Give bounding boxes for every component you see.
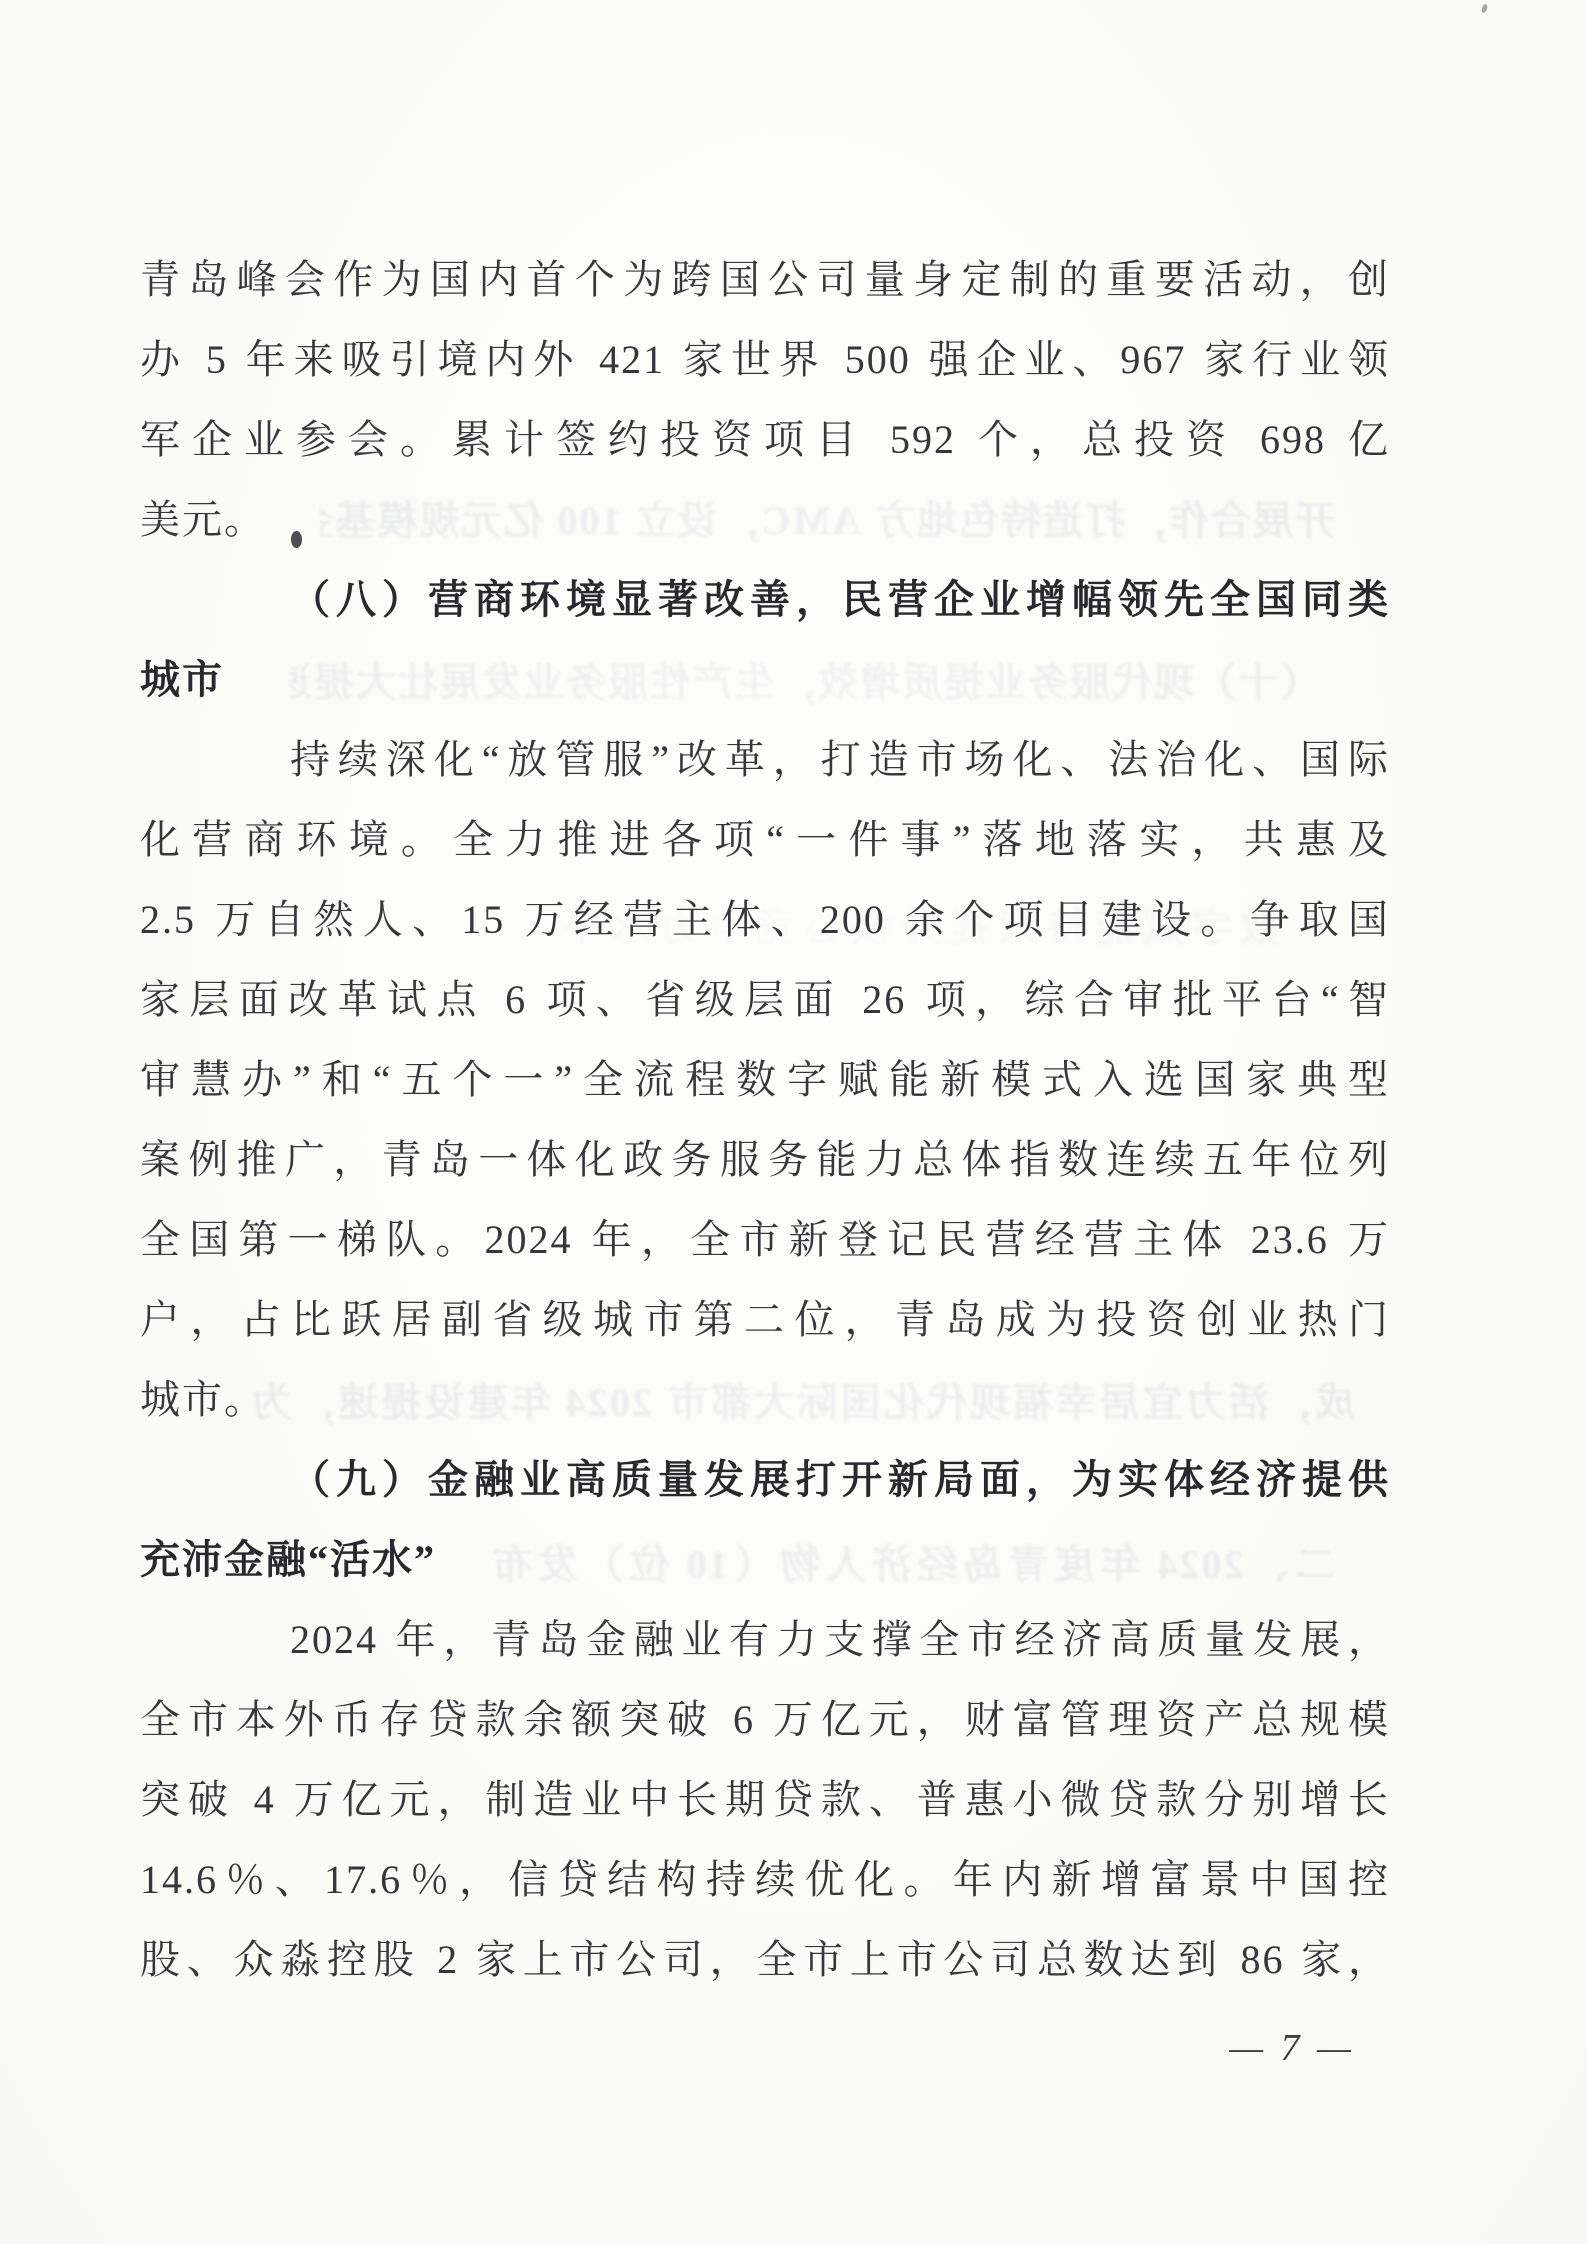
heading-line: 城市	[140, 640, 1390, 720]
text-line: 14.6％、17.6％，信贷结构持续优化。年内新增富景中国控	[140, 1840, 1390, 1920]
heading-line: 充沛金融“活水”	[140, 1520, 1390, 1600]
text-line: 突破 4 万亿元，制造业中长期贷款、普惠小微贷款分别增长	[140, 1760, 1390, 1840]
page-number: — 7 —	[1192, 2026, 1392, 2070]
text-line: 全市本外币存贷款余额突破 6 万亿元，财富管理资产总规模	[140, 1680, 1390, 1760]
document-page: 开展合作，打造特色地方 AMC，设立 100 亿元规模基金（十）现代服务业提质增…	[0, 0, 1587, 2244]
text-line: 全国第一梯队。2024 年，全市新登记民营经营主体 23.6 万	[140, 1200, 1390, 1280]
text-line: 户，占比跃居副省级城市第二位，青岛成为投资创业热门	[140, 1280, 1390, 1360]
heading-line: （九）金融业高质量发展打开新局面，为实体经济提供	[140, 1440, 1390, 1520]
ink-smudge-artifact	[291, 531, 302, 548]
text-line: 股、众淼控股 2 家上市公司，全市上市公司总数达到 86 家，	[140, 1920, 1390, 2000]
text-line: 青岛峰会作为国内首个为跨国公司量身定制的重要活动，创	[140, 240, 1390, 320]
text-line: 军企业参会。累计签约投资项目 592 个，总投资 698 亿	[140, 400, 1390, 480]
text-line: 持续深化“放管服”改革，打造市场化、法治化、国际	[140, 720, 1390, 800]
text-line: 2.5 万自然人、15 万经营主体、200 余个项目建设。争取国	[140, 880, 1390, 960]
heading-line: （八）营商环境显著改善，民营企业增幅领先全国同类	[140, 560, 1390, 640]
text-line: 案例推广，青岛一体化政务服务能力总体指数连续五年位列	[140, 1120, 1390, 1200]
text-line: 审慧办”和“五个一”全流程数字赋能新模式入选国家典型	[140, 1040, 1390, 1120]
text-line: 办 5 年来吸引境内外 421 家世界 500 强企业、967 家行业领	[140, 320, 1390, 400]
text-line: 2024 年，青岛金融业有力支撑全市经济高质量发展，	[140, 1600, 1390, 1680]
document-text-block: 青岛峰会作为国内首个为跨国公司量身定制的重要活动，创办 5 年来吸引境内外 42…	[140, 240, 1390, 2000]
text-line: 家层面改革试点 6 项、省级层面 26 项，综合审批平台“智	[140, 960, 1390, 1040]
corner-speck-artifact	[1481, 3, 1489, 13]
text-line: 美元。	[140, 480, 1390, 560]
text-line: 城市。	[140, 1360, 1390, 1440]
text-line: 化营商环境。全力推进各项“一件事”落地落实，共惠及	[140, 800, 1390, 880]
